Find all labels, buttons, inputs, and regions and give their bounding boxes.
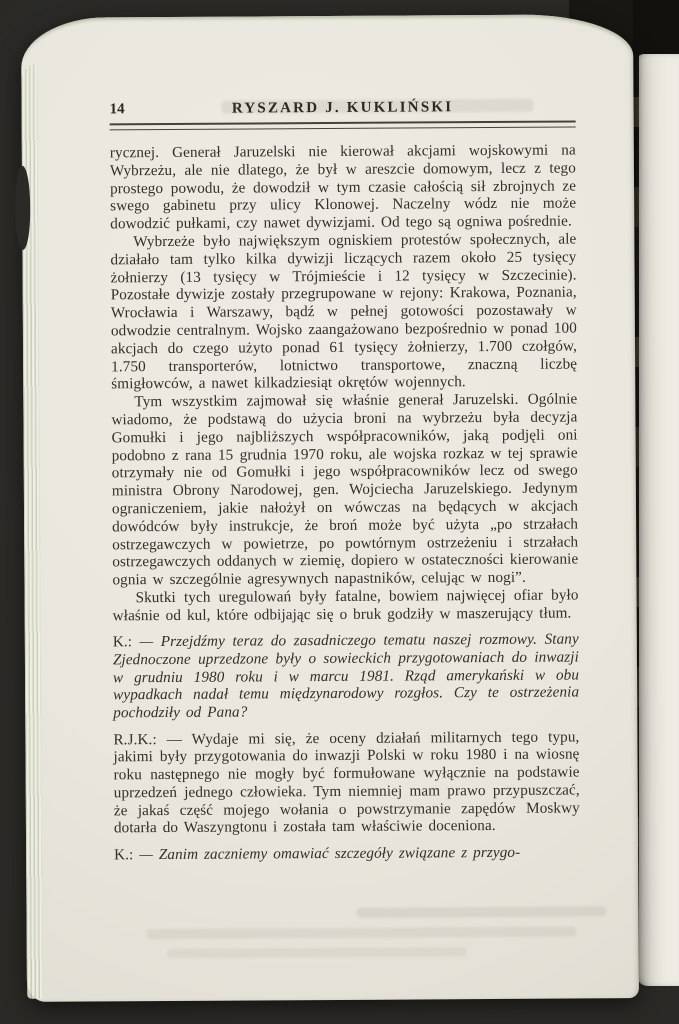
book-photo: 14 RYSZARD J. KUKLIŃSKI rycznej. Generał… xyxy=(0,0,679,1024)
page-content: 14 RYSZARD J. KUKLIŃSKI rycznej. Generał… xyxy=(110,98,581,863)
paragraph: K.: — Zanim zaczniemy omawiać szczegóły … xyxy=(114,843,580,864)
show-through-smudge xyxy=(147,927,577,940)
running-head: RYSZARD J. KUKLIŃSKI xyxy=(172,99,514,118)
page-header: 14 RYSZARD J. KUKLIŃSKI xyxy=(110,98,576,118)
paragraph: rycznej. Generał Jaruzelski nie kierował… xyxy=(110,141,577,233)
show-through-smudge xyxy=(356,906,606,918)
header-rule xyxy=(110,120,576,130)
speaker-label: R.J.K.: xyxy=(113,731,166,748)
paragraph: K.: — Przejdźmy teraz do zasadniczego te… xyxy=(113,630,580,722)
text-body: rycznej. Generał Jaruzelski nie kierował… xyxy=(110,141,580,863)
speaker-label: K.: xyxy=(114,846,139,863)
page-number: 14 xyxy=(110,101,172,118)
next-page-edge xyxy=(636,54,679,986)
page-edge-notch xyxy=(15,166,31,250)
paragraph: Skutki tych uregulowań były fatalne, bow… xyxy=(112,586,578,624)
speaker-label: K.: xyxy=(113,633,140,650)
paragraph: R.J.K.: — Wydaje mi się, że oceny działa… xyxy=(113,728,580,838)
book-page: 14 RYSZARD J. KUKLIŃSKI rycznej. Generał… xyxy=(21,14,639,1002)
show-through-smudge xyxy=(167,947,467,958)
paragraph: Wybrzeże było największym ogniskiem prot… xyxy=(110,230,577,393)
paragraph: Tym wszystkim zajmował się właśnie gener… xyxy=(111,391,578,590)
